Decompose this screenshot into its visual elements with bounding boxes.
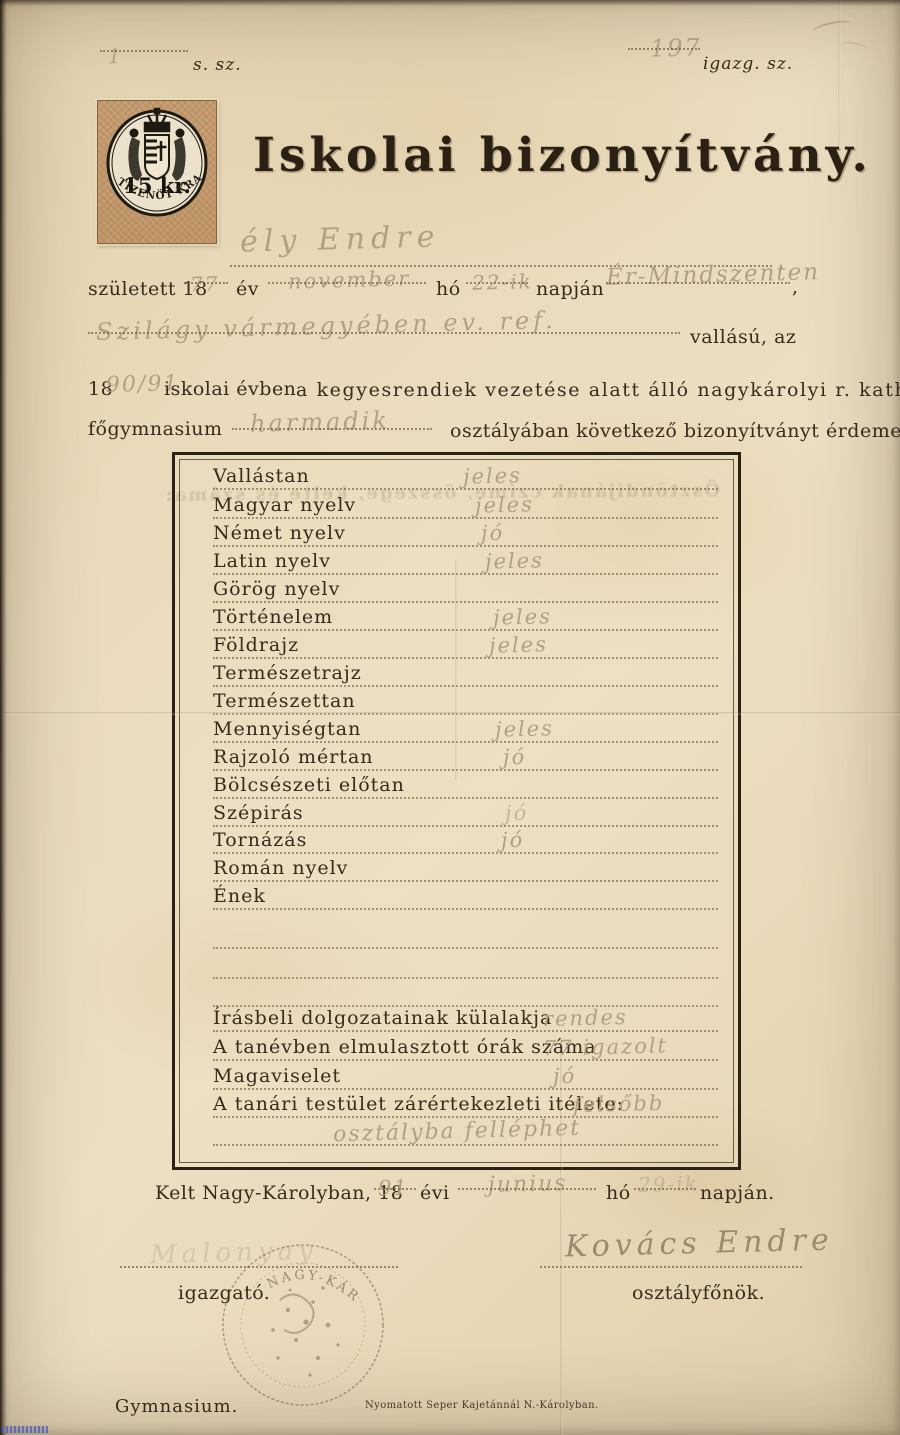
table-row: Tornázásjó bbox=[213, 829, 718, 855]
table-row: Történelemjeles bbox=[213, 606, 718, 632]
subject-label: Német nyelv bbox=[213, 522, 352, 544]
serial-left-label: s. sz. bbox=[193, 55, 242, 75]
grade-value: jeles bbox=[495, 716, 554, 742]
subject-label: Bölcsészeti előtan bbox=[213, 774, 411, 796]
student-name-handwritten: ély Endre bbox=[240, 219, 441, 259]
class-master-signature-line bbox=[540, 1266, 802, 1268]
county-handwritten: Szilágy vármegyében ev. ref. bbox=[96, 306, 557, 346]
printer-note: Nyomatott Seper Kajetánnál N.-Károlyban. bbox=[365, 1400, 599, 1411]
footer-value: jó bbox=[553, 1064, 577, 1089]
birth-month-handwritten: november bbox=[288, 266, 411, 293]
school1-mid: iskolai évben bbox=[164, 378, 296, 400]
table-row: osztályba felléphet bbox=[213, 1121, 718, 1147]
class-master-label: osztályfőnök. bbox=[632, 1282, 765, 1304]
birth-ho: hó bbox=[436, 278, 461, 300]
table-row: Román nyelv bbox=[213, 857, 718, 883]
school2-class-line bbox=[232, 428, 432, 430]
birth-napjan: napján bbox=[536, 278, 604, 300]
pencil-scribble bbox=[839, 40, 866, 54]
grade-value: jeles bbox=[475, 492, 534, 518]
table-row: Földrajzjeles bbox=[213, 634, 718, 660]
date-month-line bbox=[458, 1188, 596, 1190]
subject-label: Vallástan bbox=[213, 465, 316, 487]
birth-year-line bbox=[184, 282, 228, 284]
pencil-scribble bbox=[811, 18, 853, 38]
grade-value: jó bbox=[503, 745, 527, 770]
subject-label: Latin nyelv bbox=[213, 550, 337, 572]
birth-day-line bbox=[466, 282, 528, 284]
date-day-line bbox=[634, 1188, 696, 1190]
grade-value: jó bbox=[505, 801, 529, 826]
footer-left: Gymnasium. bbox=[115, 1396, 238, 1417]
table-row: Magyar nyelvjeles bbox=[213, 494, 718, 520]
serial-right-line bbox=[628, 48, 700, 50]
footer-label: A tanári testület zárértekezleti itélete… bbox=[213, 1093, 630, 1115]
table-row: A tanévben elmulasztott órák száma77 iga… bbox=[213, 1036, 718, 1062]
table-row: Szépirásjó bbox=[213, 802, 718, 828]
date-year-line bbox=[374, 1188, 416, 1190]
subject-label: Román nyelv bbox=[213, 857, 354, 879]
birth-month-line bbox=[268, 282, 426, 284]
svg-text:NAGY-KÁR: NAGY-KÁR bbox=[265, 1268, 363, 1306]
table-row: Görög nyelv bbox=[213, 578, 718, 604]
table-row: A tanári testület zárértekezleti itélete… bbox=[213, 1093, 718, 1119]
table-row: Ének bbox=[213, 885, 718, 911]
serial-left-handwritten: 1 bbox=[108, 44, 123, 68]
birth-place-handwritten: Ér-Mindszenten bbox=[606, 259, 821, 291]
table-row: Rajzoló mértanjó bbox=[213, 746, 718, 772]
school2-prefix: főgymnasium bbox=[88, 418, 223, 440]
school1-rest: a kegyesrendiek vezetése alatt álló nagy… bbox=[296, 379, 900, 401]
date-ho: hó bbox=[606, 1182, 631, 1204]
date-month-handwritten: junius bbox=[488, 1171, 568, 1198]
school2-class-handwritten: harmadik bbox=[250, 406, 391, 438]
county-suffix: vallású, az bbox=[690, 326, 796, 348]
subject-label: Magyar nyelv bbox=[213, 494, 362, 516]
birth-ev: év bbox=[236, 278, 259, 300]
judgement-continuation: osztályba felléphet bbox=[333, 1116, 582, 1147]
table-row: Vallástanjeles bbox=[213, 465, 718, 491]
subject-label: Mennyiségtan bbox=[213, 718, 367, 740]
county-line bbox=[88, 332, 680, 334]
corner-watermark bbox=[2, 1426, 48, 1433]
footer-label: Magaviselet bbox=[213, 1065, 347, 1087]
table-row: Írásbeli dolgozatainak külalakjarendes bbox=[213, 1007, 718, 1033]
footer-value: 77 igazolt bbox=[543, 1033, 669, 1060]
table-row: Természetrajz bbox=[213, 662, 718, 688]
seal-text: NAGY-KÁR bbox=[265, 1268, 363, 1306]
subject-label: Történelem bbox=[213, 606, 339, 628]
subject-label: Természettan bbox=[213, 690, 362, 712]
blank-row-line bbox=[213, 947, 718, 949]
table-row: Mennyiségtanjeles bbox=[213, 718, 718, 744]
subject-label: Természetrajz bbox=[213, 662, 368, 684]
date-evi: évi bbox=[420, 1182, 450, 1204]
subject-label: Ének bbox=[213, 885, 272, 907]
class-master-signature: Kovács Endre bbox=[565, 1222, 835, 1264]
table-row: Latin nyelvjeles bbox=[213, 550, 718, 576]
birth-comma: , bbox=[792, 276, 799, 298]
certificate-document: 1 s. sz. 197 igazg. sz. 15 kr. TIZENÖT bbox=[0, 0, 900, 1435]
table-row: Magaviseletjó bbox=[213, 1065, 718, 1091]
revenue-stamp: 15 kr. TIZENÖT KRAJCZÁR bbox=[97, 100, 217, 244]
grade-value: jó bbox=[501, 828, 525, 853]
grade-value: jeles bbox=[485, 548, 544, 574]
serial-left-line bbox=[100, 50, 188, 52]
grade-value: jeles bbox=[463, 463, 522, 489]
revenue-stamp-art: 15 kr. TIZENÖT KRAJCZÁR bbox=[98, 101, 216, 243]
date-day-handwritten: 29-ik bbox=[638, 1171, 699, 1197]
birth-year-handwritten: 77 bbox=[190, 272, 220, 297]
date-prefix: Kelt Nagy-Károlyban, 18 bbox=[155, 1182, 403, 1204]
birth-place-line bbox=[606, 282, 790, 284]
subject-label: Tornázás bbox=[213, 829, 313, 851]
table-row: Német nyelvjó bbox=[213, 522, 718, 548]
footer-label: Írásbeli dolgozatainak külalakja bbox=[213, 1007, 558, 1029]
grade-value: jeles bbox=[493, 604, 552, 630]
footer-value: felsőbb bbox=[573, 1091, 665, 1117]
grade-value: jó bbox=[481, 521, 505, 546]
subject-label: Rajzoló mértan bbox=[213, 746, 380, 768]
footer-value: rendes bbox=[543, 1005, 628, 1031]
blank-row-line bbox=[213, 977, 718, 979]
fold-crease-vertical bbox=[838, 0, 841, 150]
fold-crease-horizontal bbox=[0, 712, 900, 715]
fold-crease-vertical bbox=[455, 560, 458, 780]
date-napjan: napján. bbox=[700, 1182, 775, 1204]
grade-value: jeles bbox=[489, 632, 548, 658]
subject-label: Földrajz bbox=[213, 634, 305, 656]
school-seal: NAGY-KÁR bbox=[218, 1240, 388, 1414]
serial-right-label: igazg. sz. bbox=[703, 54, 793, 74]
subject-label: Görög nyelv bbox=[213, 578, 346, 600]
school2-suffix: osztályában következő bizonyítványt érde… bbox=[450, 420, 900, 442]
table-row: Bölcsészeti előtan bbox=[213, 774, 718, 800]
subject-label: Szépirás bbox=[213, 802, 310, 824]
page-title: Iskolai bizonyítvány. bbox=[253, 128, 872, 183]
